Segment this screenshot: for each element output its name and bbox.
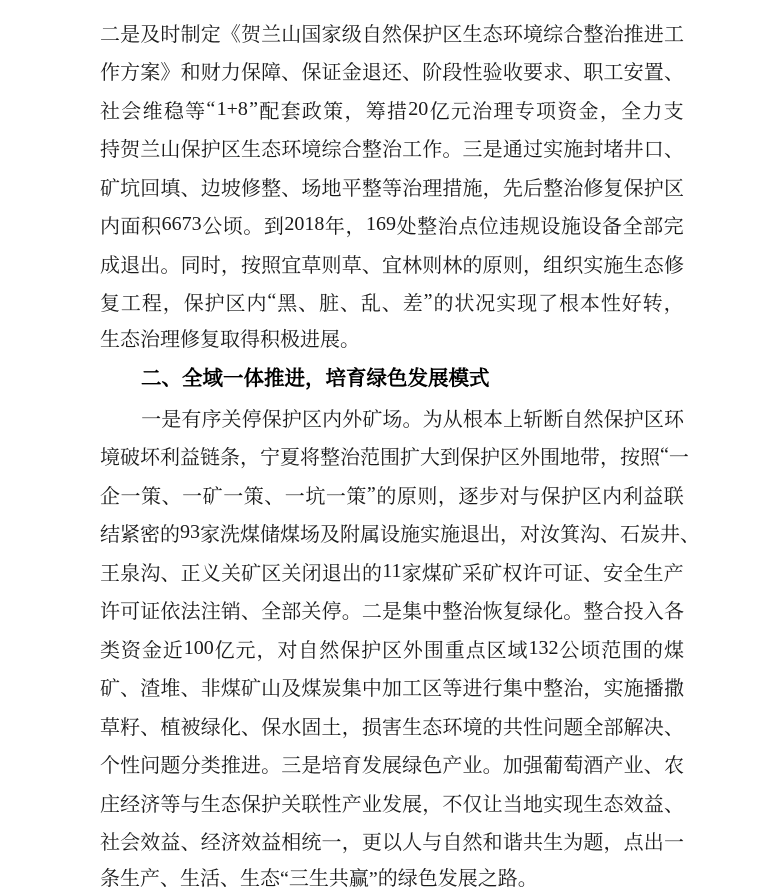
paragraph-line: 作方案》和财力保障、保证金退还、阶段性验收要求、职工安置、 <box>100 52 684 91</box>
paragraph-line: 二是及时制定《贺兰山国家级自然保护区生态环境综合整治推进工 <box>100 13 684 52</box>
paragraph-line: 类资金近100亿元，对自然保护区外围重点区域132公顷范围的煤 <box>100 629 684 668</box>
paragraph-line: 矿坑回填、边坡修整、场地平整等治理措施，先后整治修复保护区 <box>100 167 684 206</box>
section-heading: 二、全域一体推进，培育绿色发展模式 <box>100 360 684 399</box>
paragraph-line: 许可证依法注销、全部关停。二是集中整治恢复绿化。整合投入各 <box>100 591 684 630</box>
paragraph-line: 社会维稳等“1+8”配套政策，筹措20亿元治理专项资金，全力支 <box>100 90 684 129</box>
paragraph-line: 复工程，保护区内“黑、脏、乱、差”的状况实现了根本性好转， <box>100 283 684 322</box>
paragraph-line: 草籽、植被绿化、保水固土，损害生态环境的共性问题全部解决、 <box>100 706 684 745</box>
paragraph-line: 成退出。同时，按照宜草则草、宜林则林的原则，组织实施生态修 <box>100 244 684 283</box>
paragraph-line: 持贺兰山保护区生态环境综合整治工作。三是通过实施封堵井口、 <box>100 129 684 168</box>
paragraph-line: 企一策、一矿一策、一坑一策”的原则，逐步对与保护区内利益联 <box>100 475 684 514</box>
paragraph-line: 庄经济等与生态保护关联性产业发展，不仅让当地实现生态效益、 <box>100 783 684 822</box>
paragraph-line: 矿、渣堆、非煤矿山及煤炭集中加工区等进行集中整治，实施播撒 <box>100 668 684 707</box>
paragraph-line: 结紧密的93家洗煤储煤场及附属设施实施退出，对汝箕沟、石炭井、 <box>100 514 684 553</box>
paragraph-line: 王泉沟、正义关矿区关闭退出的11家煤矿采矿权许可证、安全生产 <box>100 552 684 591</box>
paragraph-line: 生态治理修复取得积极进展。 <box>100 321 684 360</box>
paragraph-line: 社会效益、经济效益相统一，更以人与自然和谐共生为题，点出一 <box>100 822 684 861</box>
paragraph-line: 境破坏利益链条，宁夏将整治范围扩大到保护区外围地带，按照“一 <box>100 437 684 476</box>
paragraph-line: 条生产、生活、生态“三生共赢”的绿色发展之路。 <box>100 860 684 896</box>
paragraph-line: 一是有序关停保护区内外矿场。为从根本上斩断自然保护区环 <box>100 398 684 437</box>
document-page: 二是及时制定《贺兰山国家级自然保护区生态环境综合整治推进工作方案》和财力保障、保… <box>0 0 783 896</box>
paragraph-line: 内面积6673公顷。到2018年，169处整治点位违规设施设备全部完 <box>100 206 684 245</box>
paragraph-line: 个性问题分类推进。三是培育发展绿色产业。加强葡萄酒产业、农 <box>100 745 684 784</box>
